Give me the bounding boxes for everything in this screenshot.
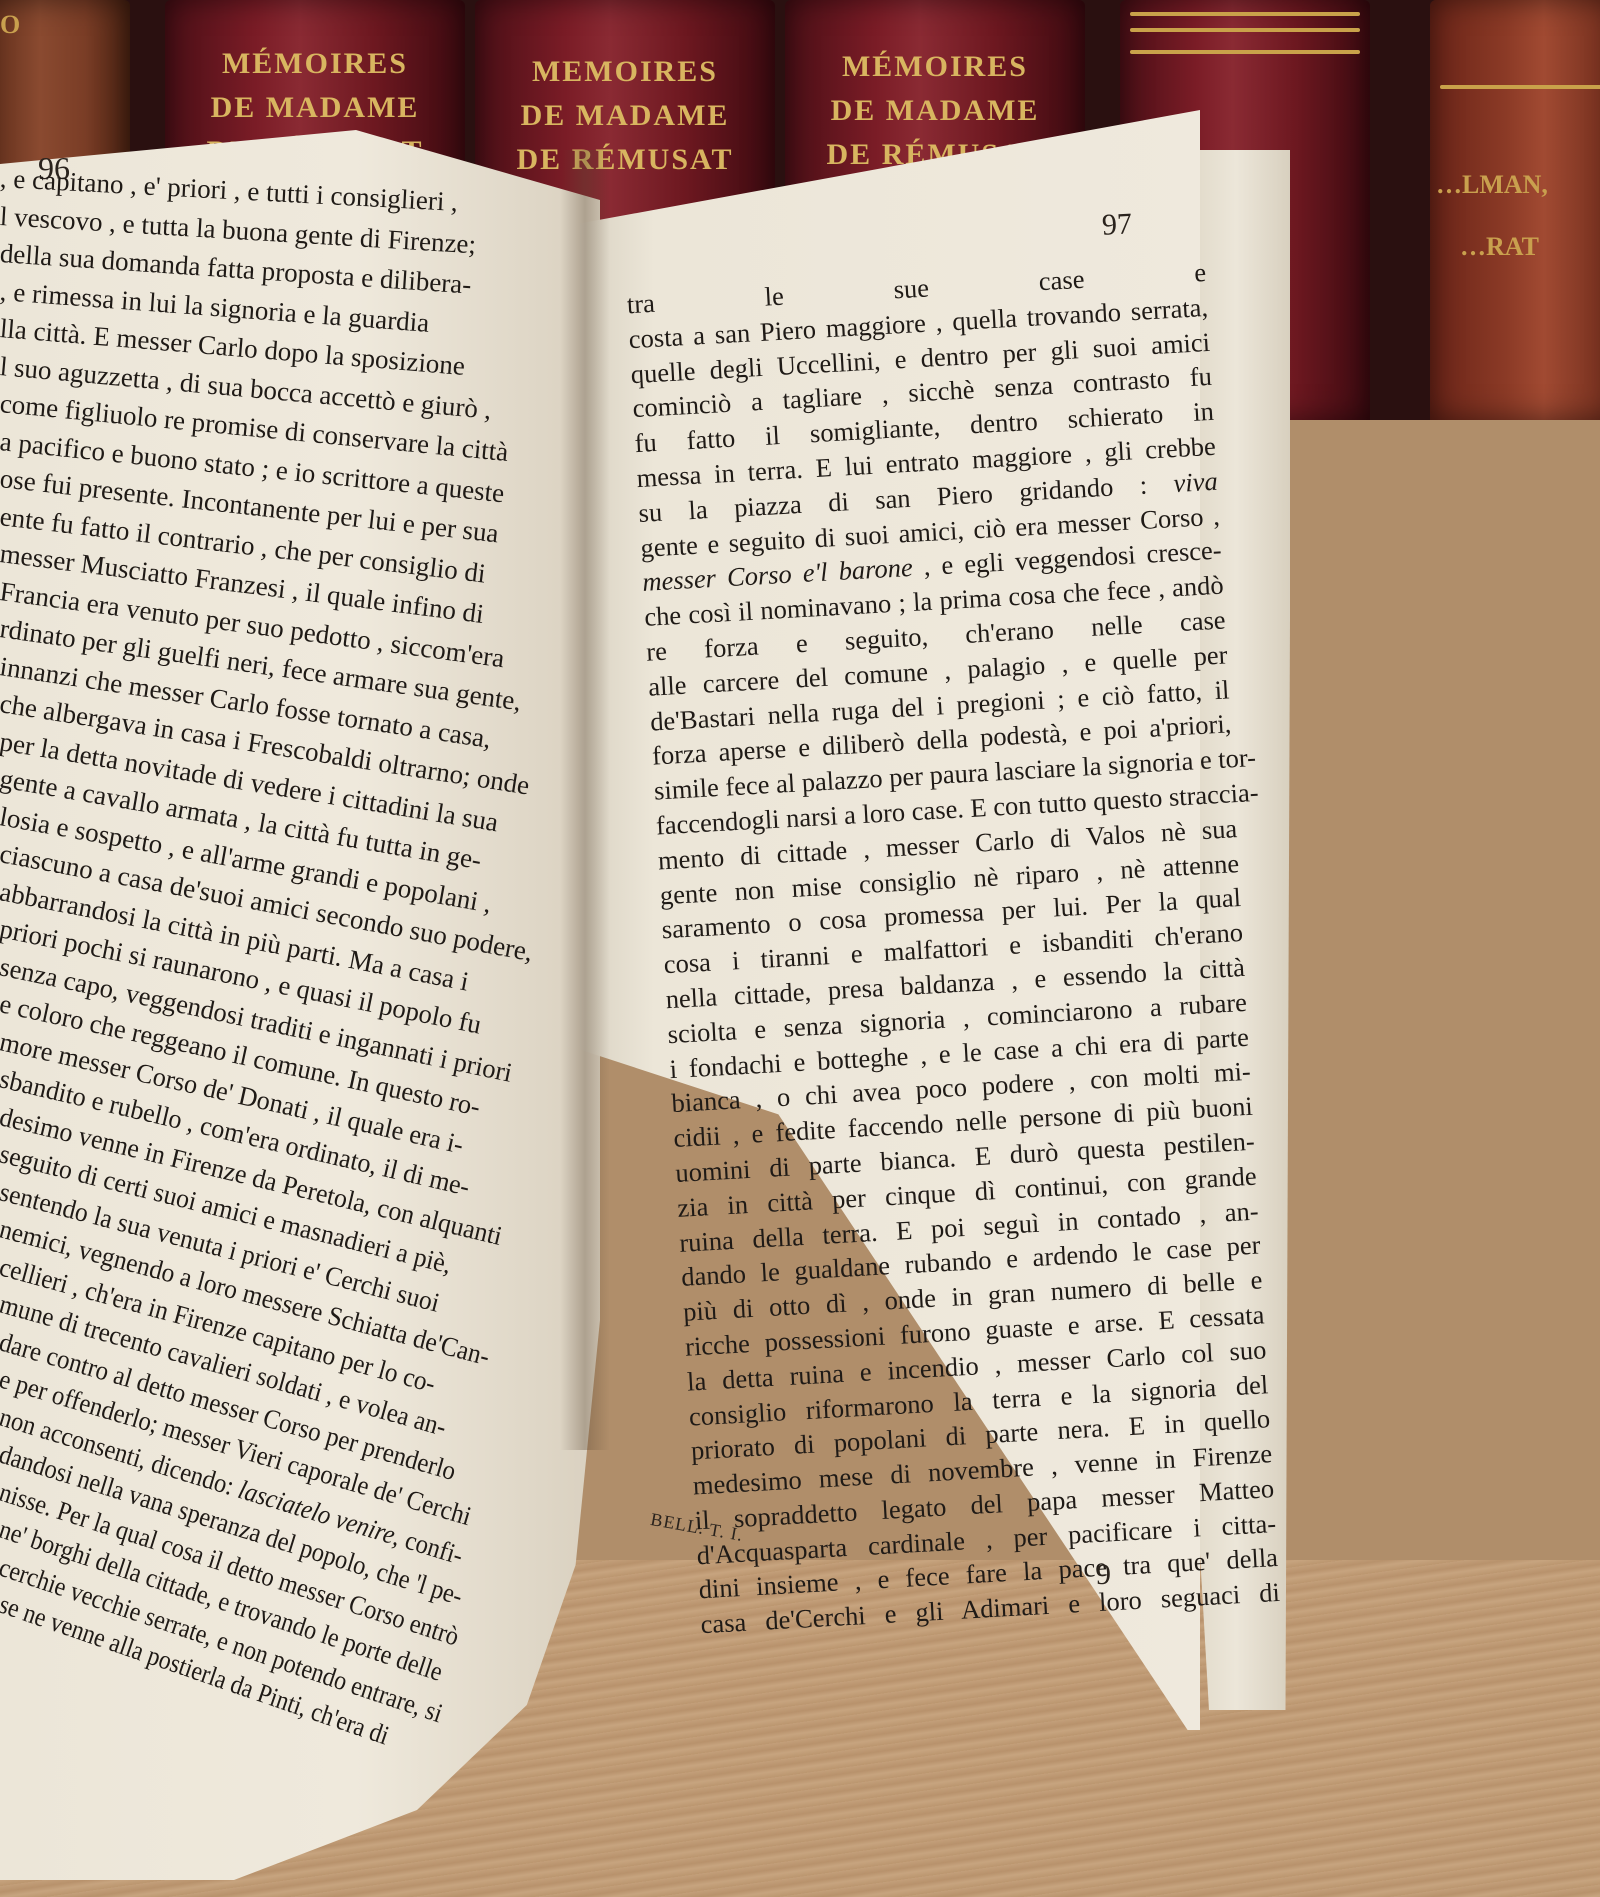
gilt-band [1440,85,1600,89]
right-page-text: tra le sue case ecosta a san Piero maggi… [626,255,1281,1642]
spine-title-line: DE MADAME [165,86,465,130]
spine-title-line: MÉMOIRES [165,42,465,86]
spine-title-line: DE MADAME [785,89,1085,133]
book-spine-right: …LMAN, …RAT [1430,0,1600,420]
left-page-text: , e capitano , e' priori , e tutti i con… [0,160,600,1623]
spine-title-line: MEMOIRES [475,50,775,94]
gilt-band [1130,12,1360,16]
italic-phrase: viva [1173,465,1219,497]
spine-title-line: DE MADAME [475,94,775,138]
spine-title-line: MÉMOIRES [785,45,1085,89]
gilt-band [1130,50,1360,54]
gilt-band [1130,28,1360,32]
signature-number: 9 [1096,1558,1111,1592]
spine-partial-text: O [0,10,20,40]
right-page-number: 97 [1101,207,1133,243]
spine-partial-text: …RAT [1460,232,1539,262]
spine-partial-text: …LMAN, [1436,170,1548,200]
